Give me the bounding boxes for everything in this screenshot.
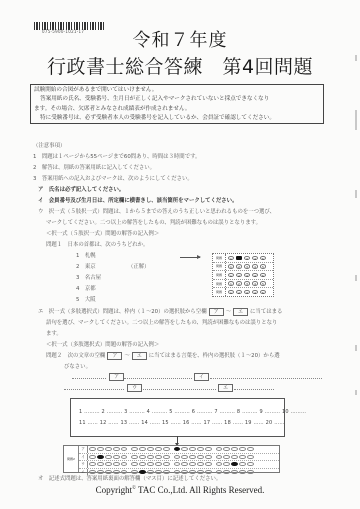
grid-row: 問題12345 bbox=[213, 271, 273, 280]
answer-bubble bbox=[163, 462, 170, 466]
answer-bubble bbox=[89, 455, 96, 459]
instruction-sub-u: ウ 択一式（５肢択一式）問題は、１から５までの答えのうち正しいと思われるものを一… bbox=[38, 207, 275, 215]
notice-line: 特に受験番号は、必ず受験者本人の受験番号を記入しているか、会員証で確認してくださ… bbox=[34, 114, 320, 123]
answer-bubble bbox=[155, 455, 162, 459]
answer-bubble bbox=[139, 447, 146, 451]
answer-row-label: イ bbox=[79, 454, 88, 461]
answer-bubble bbox=[181, 462, 188, 466]
multi-choice-answer-grid: 問題2 アイウエ bbox=[63, 445, 280, 473]
answer-bubble bbox=[147, 462, 154, 466]
notice-line: ます。その場合、欠席者とみなされ成績表が作成されません。 bbox=[34, 105, 320, 114]
answer-row-label: ウ bbox=[79, 461, 88, 468]
answer-bubble bbox=[131, 447, 138, 451]
answer-bubble bbox=[97, 447, 104, 451]
blank-a: ア bbox=[107, 373, 126, 381]
choices-box: 1 ……… 2 ……… 3 ……… 4 ……… 5 ……… 6 ……… 7 ……… bbox=[70, 398, 285, 437]
answer-bubble bbox=[197, 462, 204, 466]
example1-option: 4 京都 bbox=[76, 284, 96, 292]
answer-bubble bbox=[174, 447, 181, 451]
instruction-sub-e-cont: ます。 bbox=[46, 329, 62, 337]
answer-bubble bbox=[189, 447, 196, 451]
answer-bubble bbox=[131, 455, 138, 459]
answer-bubble bbox=[97, 455, 104, 459]
answer-bubble bbox=[197, 455, 204, 459]
answer-bubble bbox=[155, 462, 162, 466]
instruction-item: 3 答案用紙への記入およびマークは、次のようにしてください。 bbox=[33, 174, 193, 182]
answer-bubble bbox=[163, 447, 170, 451]
answer-bubble bbox=[247, 447, 254, 451]
answer-bubble bbox=[105, 462, 112, 466]
choices-row: 1 ……… 2 ……… 3 ……… 4 ……… 5 ……… 6 ……… 7 ……… bbox=[79, 409, 306, 415]
blank-e: エ bbox=[216, 384, 235, 392]
grid-row: 問題1345 bbox=[213, 254, 273, 263]
example1-question: 問題１ 日本の首都は、次のうちどれか。 bbox=[46, 240, 148, 248]
answer-bubble bbox=[113, 447, 120, 451]
example1-option: 2 東京 bbox=[76, 262, 96, 270]
sample-answer-grid: 問題1345 問題12345 問題12345 問題12345 問題12345 bbox=[212, 253, 274, 297]
answer-row: ウ bbox=[79, 461, 279, 469]
answer-bubble bbox=[247, 455, 254, 459]
dotted-line bbox=[210, 378, 322, 379]
answer-row-label: ア bbox=[79, 446, 88, 453]
answer-bubble bbox=[223, 455, 230, 459]
answer-bubble bbox=[147, 447, 154, 451]
dotted-line bbox=[234, 389, 274, 390]
answer-bubble bbox=[223, 447, 230, 451]
dotted-line bbox=[124, 378, 192, 379]
answer-bubble bbox=[239, 447, 246, 451]
answer-bubble bbox=[163, 455, 170, 459]
grid-row: 問題12345 bbox=[213, 280, 273, 289]
answer-bubble bbox=[105, 455, 112, 459]
example1-option: 1 札幌 bbox=[76, 251, 96, 259]
instruction-sub-o: オ 記述式問題は、答案用紙裏面の解答欄（マス目）に記述してください。 bbox=[38, 474, 221, 482]
answer-bubble bbox=[223, 462, 230, 466]
answer-bubble bbox=[239, 455, 246, 459]
answer-bubble bbox=[223, 470, 230, 474]
answer-bubble bbox=[231, 447, 238, 451]
notice-line: 答案用紙の氏名、受験番号、生月日が正しく記入やマークされていないと採点できなくな… bbox=[34, 95, 320, 104]
grid-row: 問題12345 bbox=[213, 263, 273, 272]
answer-bubble bbox=[197, 447, 204, 451]
answer-bubble bbox=[121, 462, 128, 466]
answer-bubble bbox=[239, 470, 246, 474]
arrow-right-icon bbox=[180, 257, 200, 258]
instructions-heading: （注意事項） bbox=[33, 141, 65, 149]
edge-mark bbox=[355, 275, 357, 281]
answer-bubble bbox=[181, 447, 188, 451]
answer-bubble bbox=[147, 455, 154, 459]
answer-bubble bbox=[97, 462, 104, 466]
answer-bubble bbox=[89, 462, 96, 466]
answer-bubble bbox=[189, 462, 196, 466]
edge-mark bbox=[355, 110, 357, 130]
answer-bubble bbox=[113, 462, 120, 466]
example1-option: 5 大阪 bbox=[76, 295, 96, 303]
instruction-sub-a: ア 氏名は必ず記入してください。 bbox=[38, 185, 124, 193]
example2-question-cont: びなさい。 bbox=[64, 362, 91, 370]
answer-bubble bbox=[89, 447, 96, 451]
exam-cover-page: 075-5900-1021-17 令和７年度 行政書士総合答練 第4回問題 試験… bbox=[0, 0, 360, 509]
answer-bubble bbox=[216, 462, 223, 466]
answer-bubble bbox=[155, 447, 162, 451]
answer-row: ア bbox=[79, 446, 279, 454]
answer-grid-rows: アイウエ bbox=[79, 446, 279, 472]
notice-line: 試験開始の合図があるまで開いてはいけません。 bbox=[34, 86, 320, 95]
answer-bubble bbox=[231, 462, 238, 466]
answer-bubble bbox=[121, 455, 128, 459]
copyright: Copyright© TAC Co.,Ltd. All Rights Reser… bbox=[0, 485, 360, 495]
answer-bubble bbox=[139, 462, 146, 466]
answer-bubble bbox=[105, 447, 112, 451]
answer-bubble bbox=[239, 462, 246, 466]
answer-bubble bbox=[231, 470, 238, 474]
grid-row: 問題12345 bbox=[213, 288, 273, 296]
answer-bubble bbox=[131, 462, 138, 466]
answer-bubble bbox=[205, 455, 212, 459]
example1-heading: ＜択一式（５肢択一式）問題の解答の記入例＞ bbox=[46, 229, 159, 237]
answer-bubble bbox=[181, 455, 188, 459]
edge-mark bbox=[355, 390, 357, 395]
answer-bubble bbox=[216, 447, 223, 451]
answer-bubble bbox=[174, 455, 181, 459]
exam-title: 行政書士総合答練 第4回問題 bbox=[0, 52, 360, 79]
example1-option: 3 名古屋 bbox=[76, 273, 101, 281]
correct-note: （正解） bbox=[128, 262, 150, 270]
answer-row: イ bbox=[79, 454, 279, 462]
answer-bubble bbox=[205, 462, 212, 466]
answer-bubble bbox=[113, 455, 120, 459]
answer-bubble bbox=[174, 462, 181, 466]
instruction-sub-e-cont: 語句を選び、マークしてください。二つ以上の解答をしたもの、判読が困難なものは誤り… bbox=[46, 318, 277, 326]
instruction-item: 2 解答は、別紙の答案用紙に記入してください。 bbox=[33, 163, 155, 171]
edge-mark bbox=[355, 345, 357, 351]
instruction-item: 1 問題は１ページから55ページまで60問あり、時間は３時間です。 bbox=[33, 152, 200, 160]
dotted-line bbox=[72, 378, 106, 379]
year-title: 令和７年度 bbox=[0, 26, 360, 52]
answer-bubble bbox=[189, 455, 196, 459]
blank-u: ウ bbox=[125, 384, 144, 392]
instruction-sub-e: エ 択一式（多肢選択式）問題は、枠内（１～20）の選択肢から空欄ア～エに当てはま… bbox=[38, 307, 282, 316]
answer-bubble bbox=[247, 470, 254, 474]
answer-bubble bbox=[231, 455, 238, 459]
answer-bubble bbox=[139, 455, 146, 459]
choices-row: 11 …… 12 …… 13 …… 14 …… 15 …… 16 …… 17 …… bbox=[79, 420, 285, 426]
answer-bubble bbox=[216, 455, 223, 459]
dotted-line bbox=[64, 389, 124, 390]
answer-bubble bbox=[205, 447, 212, 451]
notice-box: 試験開始の合図があるまで開いてはいけません。 答案用紙の氏名、受験番号、生月日が… bbox=[30, 84, 324, 124]
blank-i: イ bbox=[192, 373, 211, 381]
edge-mark bbox=[355, 190, 357, 198]
example2-heading: ＜択一式（多肢選択式）問題の解答の記入例＞ bbox=[46, 340, 159, 348]
dotted-line bbox=[143, 389, 216, 390]
example2-question: 問題２ 次の文章の空欄ア～エに当てはまる言葉を、枠内の選択肢（１～20）から選 bbox=[46, 351, 280, 360]
arrow-down-icon bbox=[177, 436, 178, 444]
instruction-sub-u-cont: マークしてください。二つ以上の解答をしたもの、判読が困難なものは誤りとなります。 bbox=[46, 218, 261, 226]
answer-bubble bbox=[247, 462, 254, 466]
answer-grid-label: 問題2 bbox=[64, 446, 79, 472]
answer-bubble bbox=[121, 447, 128, 451]
instruction-sub-i: イ 会員番号及び生月日は、所定欄に横書きし、該当箇所をマークしてください。 bbox=[38, 196, 237, 204]
